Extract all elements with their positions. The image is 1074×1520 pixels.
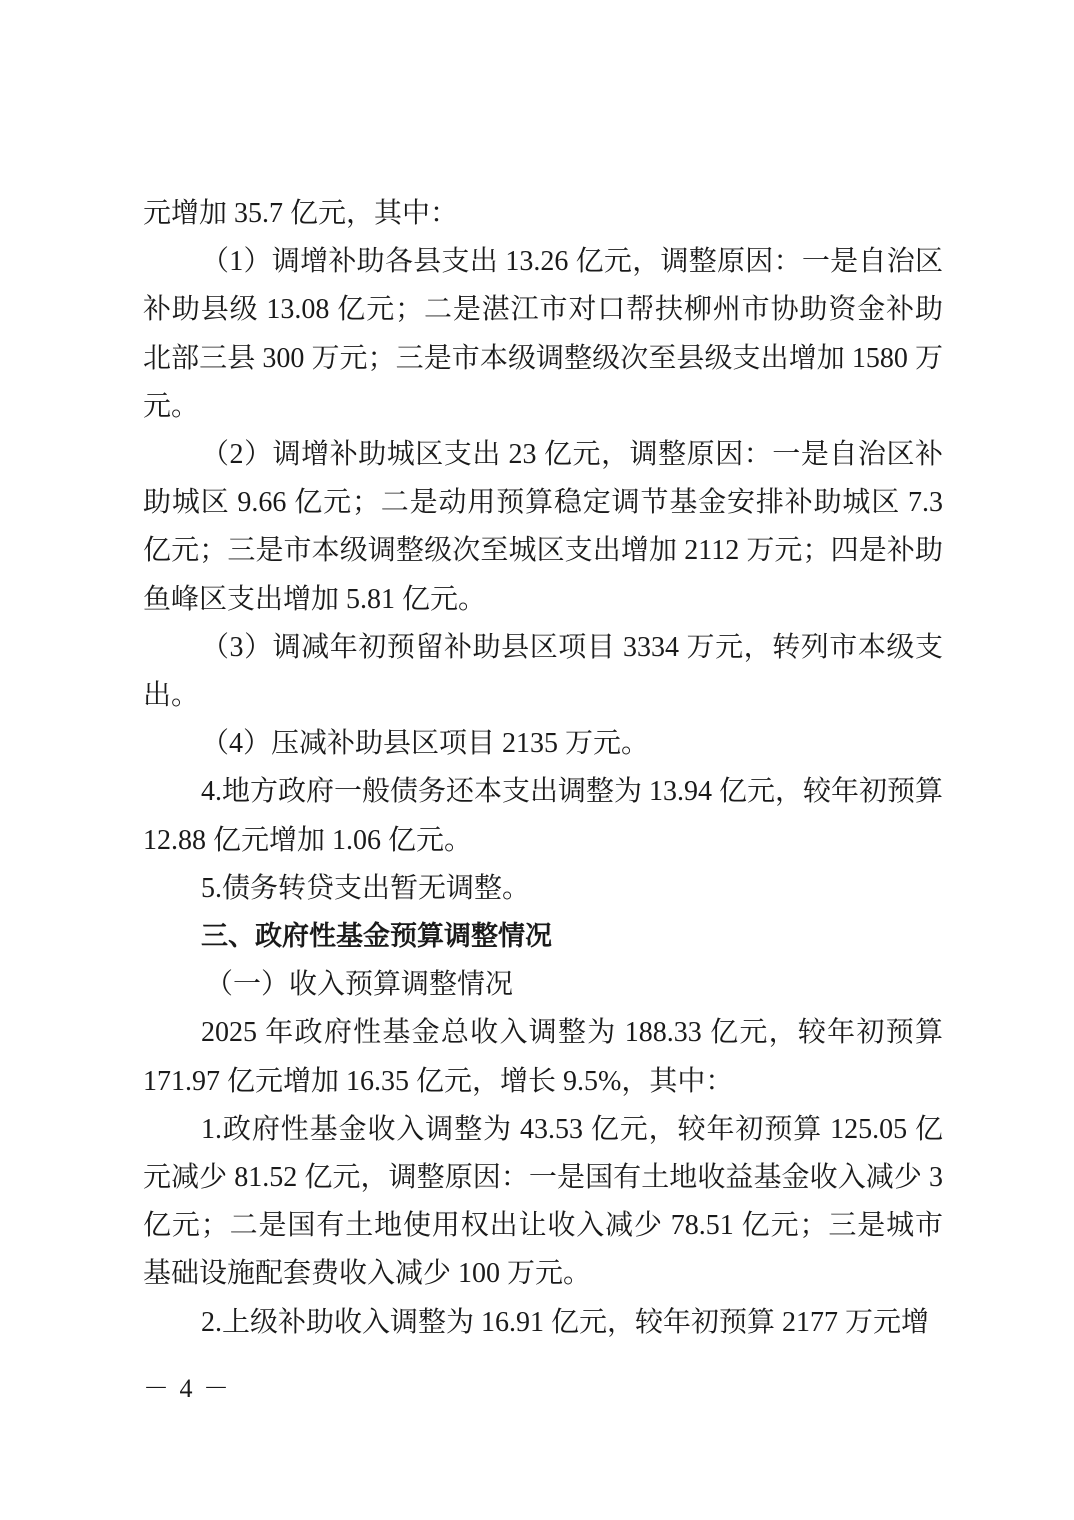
paragraph-debt-repayment: 4.地方政府一般债务还本支出调整为 13.94 亿元，较年初预算 12.88 亿… bbox=[143, 768, 943, 864]
paragraph-total-revenue: 2025 年政府性基金总收入调整为 188.33 亿元，较年初预算 171.97… bbox=[143, 1009, 943, 1105]
subsection-heading-revenue: （一）收入预算调整情况 bbox=[143, 961, 943, 1009]
paragraph-superior-subsidy: 2.上级补助收入调整为 16.91 亿元，较年初预算 2177 万元增 bbox=[143, 1299, 943, 1347]
paragraph-urban-subsidy: （2）调增补助城区支出 23 亿元，调整原因：一是自治区补助城区 9.66 亿元… bbox=[143, 431, 943, 624]
page-number: － 4 － bbox=[143, 1368, 231, 1405]
paragraph-debt-onlending: 5.债务转贷支出暂无调整。 bbox=[143, 865, 943, 913]
paragraph-continuation: 元增加 35.7 亿元，其中： bbox=[143, 190, 943, 238]
paragraph-reserved-reduction: （3）调减年初预留补助县区项目 3334 万元，转列市本级支出。 bbox=[143, 624, 943, 720]
paragraph-fund-revenue: 1.政府性基金收入调整为 43.53 亿元，较年初预算 125.05 亿元减少 … bbox=[143, 1106, 943, 1299]
document-page: 元增加 35.7 亿元，其中： （1）调增补助各县支出 13.26 亿元，调整原… bbox=[143, 190, 943, 1347]
section-heading-fund-budget: 三、政府性基金预算调整情况 bbox=[143, 913, 943, 961]
paragraph-project-reduction: （4）压减补助县区项目 2135 万元。 bbox=[143, 720, 943, 768]
paragraph-county-subsidy: （1）调增补助各县支出 13.26 亿元，调整原因：一是自治区补助县级 13.0… bbox=[143, 238, 943, 431]
